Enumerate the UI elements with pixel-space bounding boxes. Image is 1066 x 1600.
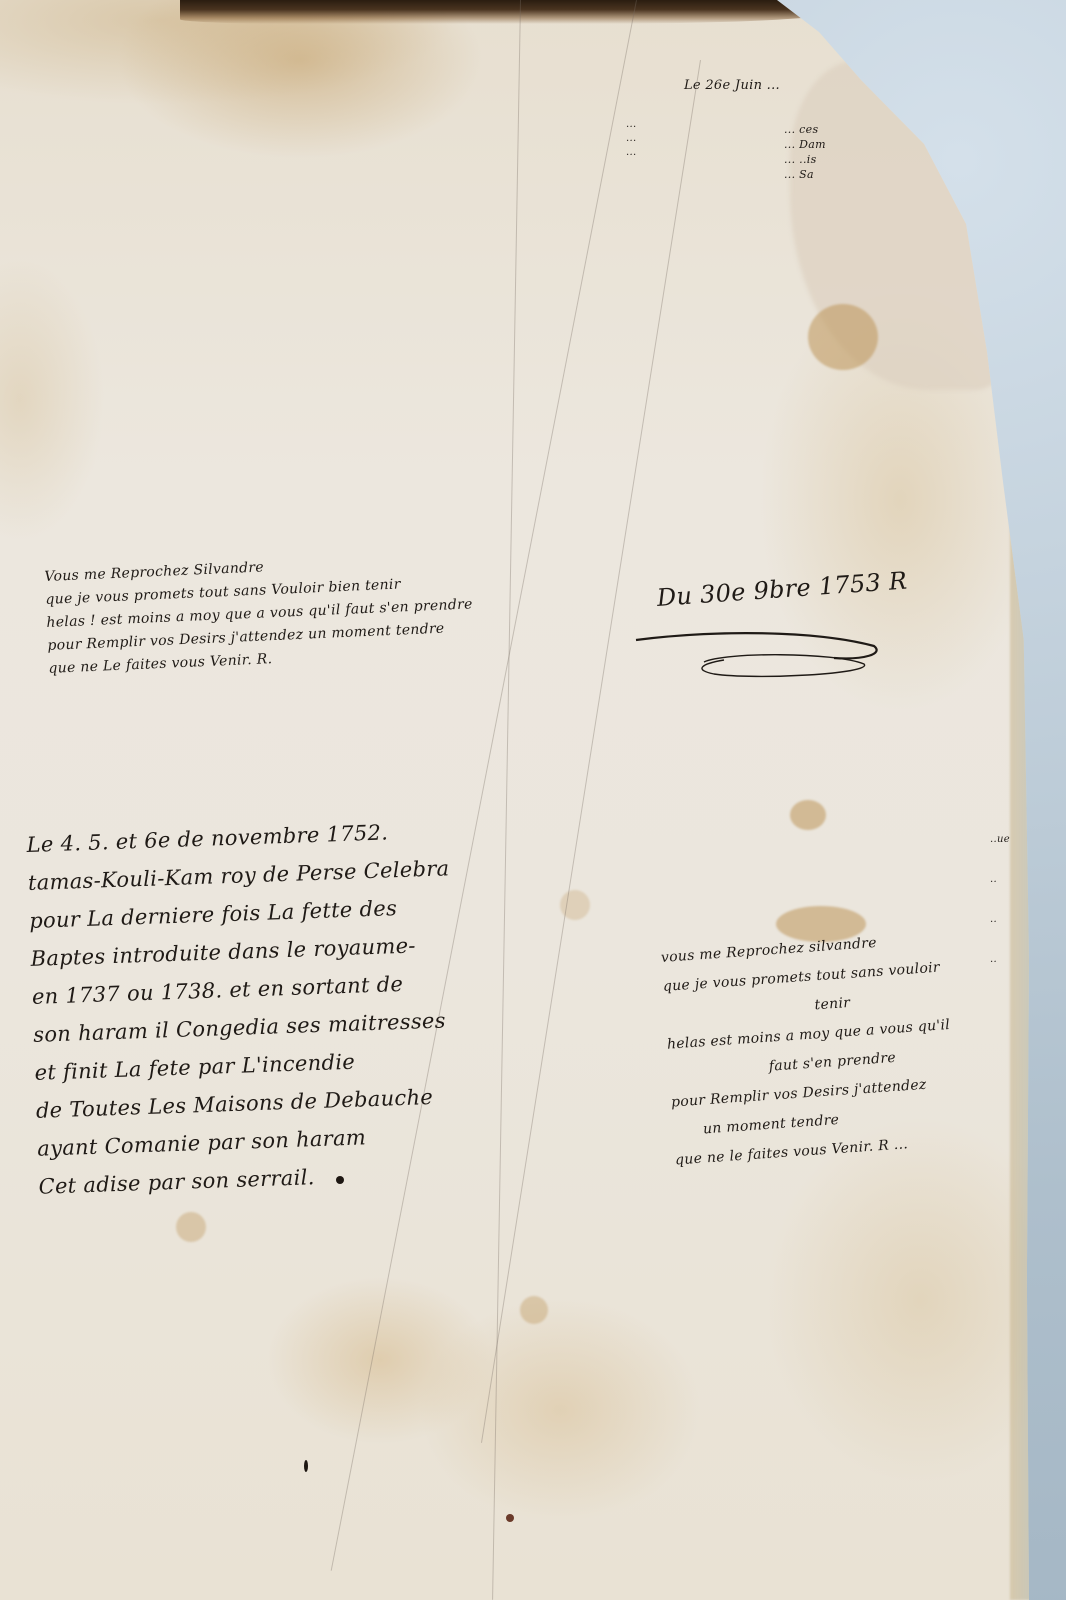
torn-text-fragments: ... ces ... Dam ... ..is ... Sa — [784, 122, 826, 182]
manuscript-sheet: Le 26e Juin ... ... ces ... Dam ... ..is… — [0, 0, 1050, 1600]
poem-right: vous me Reprochez silvandre que je vous … — [660, 924, 959, 1175]
edge-ink-marks: ..ue .. .. .. — [990, 820, 1010, 980]
poem-top-left: Vous me Reprochez Silvandre que je vous … — [44, 547, 475, 680]
water-stain — [790, 800, 826, 830]
paper-crease — [492, 0, 521, 1600]
faded-text-fragments: ... ... ... — [626, 118, 636, 160]
worm-hole — [506, 1514, 514, 1522]
paper-crease — [331, 0, 637, 1571]
paper-crease — [481, 60, 701, 1443]
main-entry: Le 4. 5. et 6e de novembre 1752. tamas-K… — [26, 811, 461, 1205]
water-stain — [520, 1296, 548, 1324]
water-stain — [176, 1212, 206, 1242]
burned-top-edge — [180, 0, 820, 24]
pen-flourish — [634, 630, 884, 680]
top-date-note: Le 26e Juin ... — [684, 78, 780, 93]
worm-hole — [304, 1460, 308, 1472]
water-stain — [808, 304, 878, 370]
dated-heading: Du 30e 9bre 1753 R — [656, 567, 908, 612]
